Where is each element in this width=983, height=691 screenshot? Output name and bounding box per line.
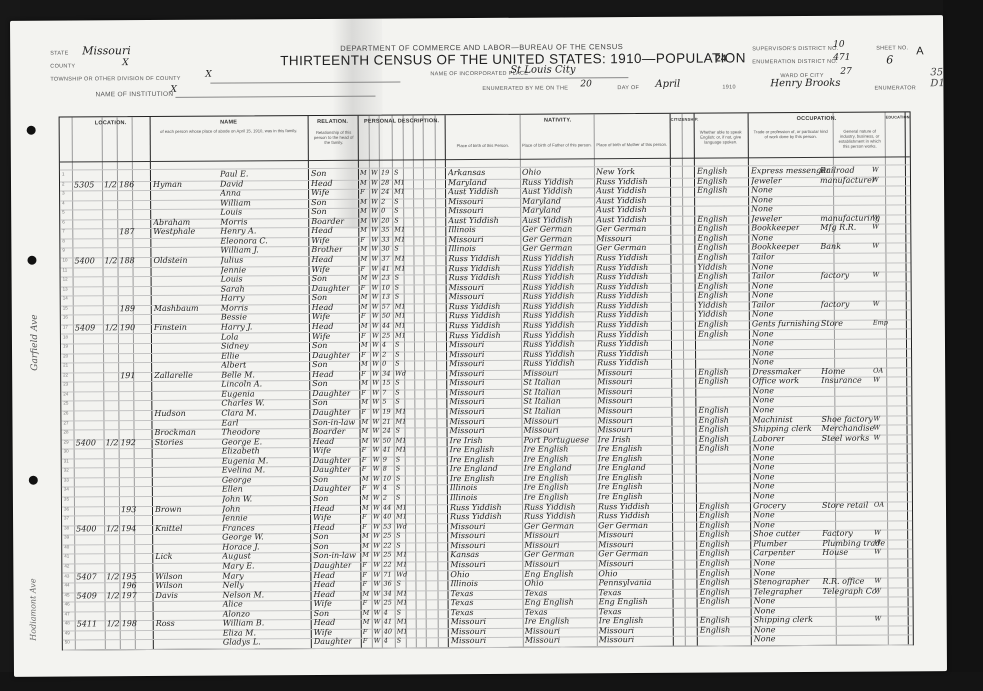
father-birthplace-cell: Ire English bbox=[524, 492, 569, 501]
marital-status-cell: M1 bbox=[395, 312, 406, 320]
father-birthplace-cell: Ire English bbox=[524, 483, 569, 492]
father-birthplace-cell: Russ Yiddish bbox=[522, 177, 574, 186]
column-header-location: LOCATION. bbox=[74, 120, 148, 126]
marital-status-cell: S bbox=[396, 474, 401, 482]
surname-cell: Brown bbox=[155, 504, 182, 513]
enumerated-label: ENUMERATED BY ME ON THE bbox=[482, 85, 568, 92]
occupation-trade-cell: None bbox=[753, 472, 775, 481]
age-cell: 44 bbox=[383, 503, 391, 511]
marital-status-cell: S bbox=[395, 388, 400, 396]
given-name-cell: Earl bbox=[221, 418, 238, 427]
language-cell: English bbox=[698, 377, 729, 386]
ward-value: 27 bbox=[840, 67, 852, 77]
occupation-industry-cell: manufacturing bbox=[820, 213, 880, 222]
given-name-cell: Jennie bbox=[221, 265, 247, 274]
line-number: 47 bbox=[65, 611, 70, 616]
given-name-cell: Eleonora C. bbox=[220, 236, 267, 245]
occupation-trade-cell: Tailor bbox=[752, 300, 775, 309]
race-cell: W bbox=[372, 322, 379, 330]
line-number: 7 bbox=[62, 229, 65, 234]
street-number-cell: 5409 bbox=[75, 323, 95, 332]
given-name-cell: Evelina M. bbox=[222, 466, 265, 475]
house-number-cell: 1/2 bbox=[105, 323, 118, 332]
race-cell: W bbox=[374, 599, 381, 607]
father-birthplace-cell: Russ Yiddish bbox=[524, 512, 576, 521]
line-number: 43 bbox=[64, 573, 69, 578]
race-cell: W bbox=[371, 178, 378, 186]
month-value: April bbox=[655, 79, 680, 90]
surname-cell: Davis bbox=[155, 590, 177, 599]
punch-hole-icon bbox=[29, 476, 38, 485]
occupation-trade-cell: None bbox=[752, 290, 774, 299]
marital-status-cell: S bbox=[395, 293, 400, 301]
marital-status-cell: Wd bbox=[396, 522, 407, 530]
marital-status-cell: M1 bbox=[394, 264, 405, 272]
sex-cell: F bbox=[360, 236, 365, 244]
line-number: 49 bbox=[65, 630, 70, 635]
father-birthplace-cell: St Italian bbox=[523, 387, 560, 396]
line-number: 2 bbox=[62, 181, 65, 186]
occupation-industry-cell: Steel works bbox=[822, 433, 870, 442]
race-cell: W bbox=[373, 436, 380, 444]
father-birthplace-cell: Russ Yiddish bbox=[523, 359, 575, 368]
birthplace-cell: Russ Yiddish bbox=[449, 302, 501, 311]
mother-birthplace-cell: Ire English bbox=[598, 492, 643, 501]
street-number-cell: 5407 bbox=[76, 572, 96, 581]
birthplace-cell: Arkansas bbox=[448, 168, 485, 177]
occupation-trade-cell: None bbox=[751, 262, 773, 271]
relation-cell: Son bbox=[311, 198, 327, 207]
relation-cell: Son bbox=[313, 532, 329, 541]
line-number: 29 bbox=[64, 439, 69, 444]
surname-cell: Knittel bbox=[155, 524, 182, 533]
father-birthplace-cell: Russ Yiddish bbox=[523, 311, 575, 320]
given-name-cell: Louis bbox=[220, 208, 242, 217]
mother-birthplace-cell: Missouri bbox=[597, 416, 632, 425]
relation-cell: Head bbox=[313, 580, 335, 589]
sex-cell: F bbox=[362, 484, 367, 492]
birthplace-cell: Missouri bbox=[449, 417, 484, 426]
birthplace-cell: Missouri bbox=[448, 235, 483, 244]
day-of-label: DAY OF bbox=[617, 85, 639, 91]
given-name-cell: Mary bbox=[222, 571, 243, 580]
marital-status-cell: Wd bbox=[395, 369, 406, 377]
language-cell: Yiddish bbox=[698, 300, 728, 309]
relation-cell: Son bbox=[313, 475, 329, 484]
occupation-industry-cell: Shoe factory bbox=[821, 414, 872, 423]
birthplace-cell: Missouri bbox=[448, 206, 483, 215]
age-cell: 33 bbox=[381, 235, 389, 243]
sex-cell: M bbox=[360, 255, 367, 263]
line-number: 5 bbox=[62, 210, 65, 215]
given-name-cell: Lola bbox=[221, 332, 239, 341]
mother-birthplace-cell: Russ Yiddish bbox=[598, 511, 650, 520]
occupation-industry-cell: factory bbox=[821, 300, 850, 309]
surname-cell: Wilson bbox=[155, 571, 182, 580]
employer-status-cell: W bbox=[874, 548, 881, 556]
language-cell: English bbox=[698, 425, 729, 434]
father-birthplace-cell: Ger German bbox=[522, 225, 572, 234]
line-number: 33 bbox=[64, 477, 69, 482]
surname-cell: Hudson bbox=[154, 409, 185, 418]
father-birthplace-cell: Russ Yiddish bbox=[523, 273, 575, 282]
birthplace-cell: Maryland bbox=[448, 177, 487, 186]
sex-cell: F bbox=[362, 580, 367, 588]
marital-status-cell: S bbox=[394, 207, 399, 215]
occupation-trade-cell: None bbox=[752, 396, 774, 405]
race-cell: W bbox=[373, 522, 380, 530]
occupation-trade-cell: None bbox=[751, 204, 773, 213]
birthplace-cell: Kansas bbox=[450, 550, 479, 559]
race-cell: W bbox=[373, 570, 380, 578]
occupation-industry-cell: Store retail bbox=[822, 500, 868, 509]
sex-cell: M bbox=[360, 207, 367, 215]
age-cell: 7 bbox=[382, 388, 386, 396]
marital-status-cell: M1 bbox=[394, 178, 405, 186]
father-birthplace-cell: Ohio bbox=[522, 168, 541, 177]
state-label: STATE bbox=[50, 50, 68, 56]
race-cell: W bbox=[374, 637, 381, 645]
dwelling-number-cell: 193 bbox=[121, 505, 136, 514]
occupation-trade-cell: Machinist bbox=[752, 415, 792, 424]
line-number: 44 bbox=[64, 583, 69, 588]
age-cell: 40 bbox=[384, 627, 392, 635]
punch-hole-icon bbox=[27, 256, 36, 265]
line-number: 6 bbox=[62, 219, 65, 224]
mother-birthplace-cell: Ire English bbox=[599, 616, 644, 625]
marital-status-cell: Wd bbox=[396, 570, 407, 578]
column-header-name: NAME bbox=[152, 119, 306, 126]
relation-cell: Head bbox=[313, 503, 335, 512]
relation-cell: Head bbox=[313, 570, 335, 579]
mother-birthplace-cell: Texas bbox=[599, 607, 622, 616]
mother-birthplace-cell: Missouri bbox=[597, 368, 632, 377]
street-number-cell: 5409 bbox=[76, 591, 96, 600]
race-cell: W bbox=[371, 216, 378, 224]
occupation-trade-cell: Shoe cutter bbox=[753, 529, 800, 538]
relation-cell: Son bbox=[313, 494, 329, 503]
age-cell: 41 bbox=[383, 446, 391, 454]
age-cell: 10 bbox=[382, 283, 390, 291]
mother-birthplace-cell: Russ Yiddish bbox=[597, 282, 649, 291]
employer-status-cell: W bbox=[872, 175, 879, 183]
race-cell: W bbox=[374, 618, 381, 626]
marital-status-cell: M1 bbox=[396, 503, 407, 511]
marital-status-cell: S bbox=[396, 465, 401, 473]
line-number: 46 bbox=[65, 602, 70, 607]
father-birthplace-cell: Missouri bbox=[523, 426, 558, 435]
race-cell: W bbox=[371, 245, 378, 253]
mother-birthplace-cell: Pennsylvania bbox=[598, 578, 651, 587]
sex-cell: F bbox=[361, 369, 366, 377]
enumeration-value: 471 bbox=[833, 53, 850, 63]
line-number: 41 bbox=[64, 554, 69, 559]
sex-cell: M bbox=[362, 542, 369, 550]
sex-cell: M bbox=[360, 169, 367, 177]
sex-cell: F bbox=[362, 513, 367, 521]
language-cell: English bbox=[698, 272, 729, 281]
relation-cell: Son bbox=[312, 398, 328, 407]
given-name-cell: Morris bbox=[220, 217, 247, 226]
relation-cell: Wife bbox=[314, 599, 332, 608]
sheet-value: 6 bbox=[886, 53, 893, 66]
age-cell: 22 bbox=[383, 541, 391, 549]
father-birthplace-cell: Texas bbox=[525, 607, 548, 616]
race-cell: W bbox=[373, 465, 380, 473]
birthplace-cell: Aust Yiddish bbox=[448, 216, 499, 225]
age-cell: 50 bbox=[383, 436, 391, 444]
race-cell: W bbox=[372, 369, 379, 377]
sex-cell: F bbox=[361, 331, 366, 339]
marital-status-cell: S bbox=[395, 379, 400, 387]
occupation-trade-cell: Telegrapher bbox=[753, 587, 802, 596]
given-name-cell: Sidney bbox=[221, 341, 249, 350]
race-cell: W bbox=[372, 388, 379, 396]
father-birthplace-cell: Ohio bbox=[524, 579, 543, 588]
relation-cell: Daughter bbox=[313, 465, 351, 474]
race-cell: W bbox=[372, 350, 379, 358]
line-number: 36 bbox=[64, 506, 69, 511]
mother-birthplace-cell: Missouri bbox=[598, 530, 633, 539]
sex-cell: F bbox=[363, 628, 368, 636]
employer-status-cell: OA bbox=[874, 500, 884, 508]
employer-status-cell: Emp bbox=[873, 318, 888, 326]
language-cell: English bbox=[700, 597, 731, 606]
father-birthplace-cell: Russ Yiddish bbox=[524, 502, 576, 511]
year-label: 1910 bbox=[722, 84, 735, 90]
given-name-cell: Anna bbox=[220, 189, 241, 198]
given-name-cell: Morris bbox=[221, 303, 248, 312]
sex-cell: M bbox=[361, 360, 368, 368]
mother-birthplace-cell: New York bbox=[596, 167, 635, 176]
relation-cell: Son bbox=[312, 341, 328, 350]
given-name-cell: William J. bbox=[220, 246, 258, 255]
given-name-cell: John bbox=[222, 504, 240, 513]
marital-status-cell: S bbox=[397, 608, 402, 616]
race-cell: W bbox=[372, 274, 379, 282]
given-name-cell: Harry J. bbox=[221, 322, 253, 331]
age-cell: 41 bbox=[381, 264, 389, 272]
marital-status-cell: M1 bbox=[395, 407, 406, 415]
sex-cell: F bbox=[362, 522, 367, 530]
relation-cell: Son-in-law bbox=[313, 551, 356, 560]
line-number: 21 bbox=[63, 363, 68, 368]
birthplace-cell: Missouri bbox=[450, 531, 485, 540]
street-number-cell: 5400 bbox=[76, 438, 96, 447]
sex-cell: M bbox=[362, 494, 369, 502]
occupation-trade-cell: Dressmaker bbox=[752, 367, 801, 376]
sex-cell: F bbox=[361, 389, 366, 397]
mother-birthplace-cell: Russ Yiddish bbox=[596, 177, 648, 186]
supervisor-label: SUPERVISOR'S DISTRICT No. bbox=[752, 46, 838, 53]
line-number: 11 bbox=[63, 267, 68, 272]
line-number: 15 bbox=[63, 305, 68, 310]
sex-cell: F bbox=[362, 446, 367, 454]
mother-birthplace-cell: Aust Yiddish bbox=[596, 215, 647, 224]
mother-birthplace-cell: Aust Yiddish bbox=[596, 205, 647, 214]
surname-cell: Hyman bbox=[153, 179, 182, 188]
age-cell: 0 bbox=[381, 207, 385, 215]
birthplace-cell: Russ Yiddish bbox=[450, 512, 502, 521]
mother-birthplace-cell: Ger German bbox=[598, 521, 648, 530]
sex-cell: M bbox=[361, 427, 368, 435]
marital-status-cell: M1 bbox=[396, 589, 407, 597]
line-number: 28 bbox=[64, 430, 69, 435]
father-birthplace-cell: Aust Yiddish bbox=[522, 187, 573, 196]
occupation-trade-cell: None bbox=[753, 520, 775, 529]
age-cell: 71 bbox=[383, 570, 391, 578]
house-number-cell: 1/2 bbox=[106, 572, 119, 581]
marital-status-cell: S bbox=[394, 245, 399, 253]
birthplace-cell: Ire Irish bbox=[450, 436, 483, 445]
marital-status-cell: M1 bbox=[396, 436, 407, 444]
occupation-trade-cell: Bookkeeper bbox=[751, 223, 799, 232]
occupation-trade-cell: Grocery bbox=[753, 501, 786, 510]
mother-birthplace-cell: Ire Irish bbox=[598, 435, 631, 444]
surname-cell: Ross bbox=[156, 619, 175, 628]
given-name-cell: Eugenia M. bbox=[222, 456, 269, 465]
mother-birthplace-cell: Missouri bbox=[599, 635, 634, 644]
relation-cell: Daughter bbox=[312, 408, 350, 417]
language-cell: English bbox=[698, 405, 729, 414]
mother-birthplace-cell: Missouri bbox=[598, 559, 633, 568]
line-number: 50 bbox=[65, 640, 70, 645]
language-cell: English bbox=[697, 243, 728, 252]
relation-cell: Daughter bbox=[314, 637, 352, 646]
age-cell: 25 bbox=[383, 532, 391, 540]
father-birthplace-cell: Texas bbox=[524, 588, 547, 597]
race-cell: W bbox=[372, 341, 379, 349]
father-birthplace-cell: Missouri bbox=[524, 559, 559, 568]
occupation-trade-cell: None bbox=[754, 596, 776, 605]
occupation-trade-cell: Bookkeeper bbox=[751, 243, 799, 252]
given-name-cell: Harry bbox=[221, 294, 245, 303]
race-cell: W bbox=[373, 532, 380, 540]
birthplace-cell: Illinois bbox=[448, 244, 476, 253]
mother-birthplace-cell: Russ Yiddish bbox=[597, 310, 649, 319]
birthplace-cell: Missouri bbox=[450, 560, 485, 569]
race-cell: W bbox=[373, 503, 380, 511]
given-name-cell: Charles W. bbox=[221, 399, 264, 408]
marital-status-cell: M1 bbox=[394, 188, 405, 196]
mother-birthplace-cell: Missouri bbox=[597, 406, 632, 415]
mother-birthplace-cell: Ire English bbox=[598, 444, 643, 453]
line-number: 23 bbox=[63, 382, 68, 387]
street-number-cell: 5400 bbox=[74, 256, 94, 265]
marital-status-cell: M1 bbox=[395, 321, 406, 329]
column-header-language: Whether able to speak English; or, if no… bbox=[696, 129, 746, 144]
occupation-industry-cell: Factory bbox=[822, 529, 853, 538]
given-name-cell: William bbox=[220, 198, 251, 207]
occupation-trade-cell: None bbox=[753, 443, 775, 452]
father-birthplace-cell: Ger German bbox=[522, 234, 572, 243]
birthplace-cell: Missouri bbox=[449, 426, 484, 435]
given-name-cell: Elizabeth bbox=[222, 447, 260, 456]
dwelling-number-cell: 188 bbox=[119, 256, 134, 265]
mother-birthplace-cell: Ohio bbox=[598, 569, 617, 578]
race-cell: W bbox=[372, 398, 379, 406]
employer-status-cell: W bbox=[875, 615, 882, 623]
marital-status-cell: S bbox=[395, 274, 400, 282]
age-cell: 41 bbox=[384, 618, 392, 626]
occupation-trade-cell: Office work bbox=[752, 376, 799, 385]
race-cell: W bbox=[374, 627, 381, 635]
marital-status-cell: S bbox=[396, 484, 401, 492]
race-cell: W bbox=[371, 169, 378, 177]
sex-cell: F bbox=[363, 637, 368, 645]
birthplace-cell: Missouri bbox=[450, 541, 485, 550]
age-cell: 8 bbox=[383, 465, 387, 473]
birthplace-cell: Missouri bbox=[449, 283, 484, 292]
relation-cell: Boarder bbox=[311, 217, 344, 226]
birthplace-cell: Missouri bbox=[449, 397, 484, 406]
occupation-trade-cell: None bbox=[751, 233, 773, 242]
column-subheader-birthplace: Place of birth of this Person. bbox=[448, 143, 518, 148]
occupation-trade-cell: None bbox=[753, 568, 775, 577]
mother-birthplace-cell: Missouri bbox=[599, 626, 634, 635]
father-birthplace-cell: Missouri bbox=[525, 636, 560, 645]
marital-status-cell: M1 bbox=[396, 551, 407, 559]
given-name-cell: George E. bbox=[222, 437, 263, 446]
employer-status-cell: W bbox=[872, 223, 879, 231]
language-cell: English bbox=[699, 444, 730, 453]
house-number-cell: 1/2 bbox=[106, 524, 119, 533]
father-birthplace-cell: Maryland bbox=[522, 206, 561, 215]
mother-birthplace-cell: Missouri bbox=[597, 387, 632, 396]
relation-cell: Wife bbox=[312, 331, 330, 340]
birthplace-cell: Missouri bbox=[450, 522, 485, 531]
line-number: 42 bbox=[64, 563, 69, 568]
line-number: 8 bbox=[62, 238, 65, 243]
occupation-trade-cell: None bbox=[752, 348, 774, 357]
race-cell: W bbox=[373, 446, 380, 454]
sex-cell: M bbox=[362, 532, 369, 540]
race-cell: W bbox=[371, 226, 378, 234]
occupation-industry-cell: Railroad bbox=[820, 166, 855, 175]
age-cell: 2 bbox=[382, 350, 386, 358]
margin-street-note: Garfield Ave bbox=[30, 314, 40, 370]
dwelling-number-cell: 192 bbox=[121, 438, 136, 447]
dwelling-number-cell: 196 bbox=[121, 581, 136, 590]
given-name-cell: William B. bbox=[223, 619, 265, 628]
surname-cell: Brockman bbox=[154, 428, 195, 437]
employer-status-cell: W bbox=[874, 529, 881, 537]
relation-cell: Head bbox=[311, 255, 333, 264]
line-number: 12 bbox=[63, 277, 68, 282]
marital-status-cell: M1 bbox=[394, 226, 405, 234]
occupation-industry-cell: Insurance bbox=[821, 376, 862, 385]
line-number: 32 bbox=[64, 468, 69, 473]
sheet-letter: A bbox=[916, 45, 923, 57]
line-number: 4 bbox=[62, 200, 65, 205]
marital-status-cell: M1 bbox=[397, 599, 408, 607]
marital-status-cell: S bbox=[396, 532, 401, 540]
sex-cell: F bbox=[361, 283, 366, 291]
mother-birthplace-cell: Aust Yiddish bbox=[596, 186, 647, 195]
race-cell: W bbox=[372, 408, 379, 416]
marital-status-cell: S bbox=[396, 494, 401, 502]
relation-cell: Head bbox=[311, 226, 333, 235]
race-cell: W bbox=[372, 417, 379, 425]
given-name-cell: Frances bbox=[222, 523, 255, 532]
enumerator-label: ENUMERATOR bbox=[874, 85, 916, 91]
given-name-cell: Nelson M. bbox=[222, 590, 264, 599]
ed-code: 35 D1 bbox=[930, 67, 945, 89]
race-cell: W bbox=[373, 455, 380, 463]
house-number-cell: 1/2 bbox=[107, 620, 120, 629]
dwelling-number-cell: 187 bbox=[119, 227, 134, 236]
line-number: 26 bbox=[63, 411, 68, 416]
